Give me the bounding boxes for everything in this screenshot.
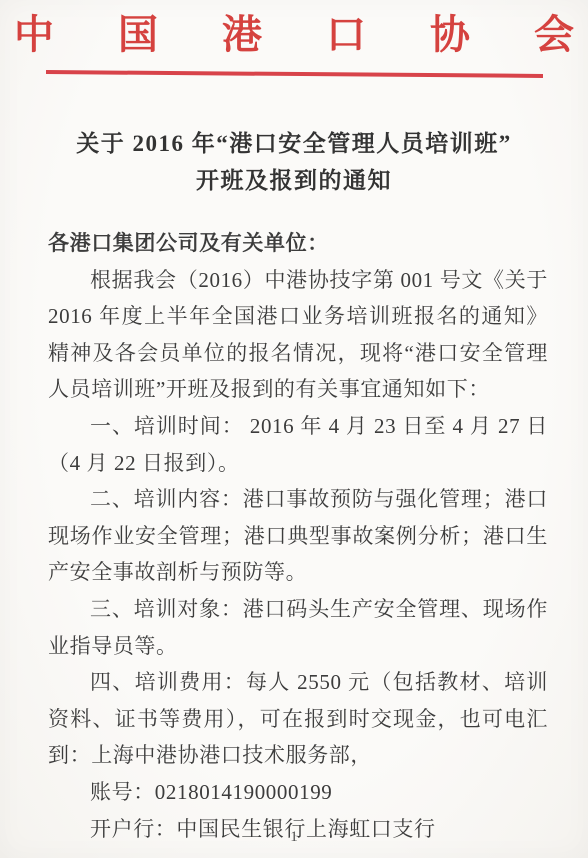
paragraph-intro: 根据我会（2016）中港协技字第 001 号文《关于 2016 年度上半年全国港… [48, 262, 548, 408]
letterhead-red-rule [45, 70, 542, 78]
paragraph-training-time: 一、培训时间： 2016 年 4 月 23 日至 4 月 27 日（4 月 22… [48, 408, 548, 481]
notice-title-line-2: 开班及报到的通知 [0, 162, 588, 199]
paragraph-bank-account-number: 账号：0218014190000199 [48, 774, 548, 811]
notice-body: 各港口集团公司及有关单位： 根据我会（2016）中港协技字第 001 号文《关于… [48, 225, 548, 847]
salutation: 各港口集团公司及有关单位： [48, 225, 548, 262]
scanned-notice-page: 中 国 港 口 协 会 关于 2016 年“港口安全管理人员培训班” 开班及报到… [0, 0, 588, 858]
letterhead-organization-name: 中 国 港 口 协 会 [0, 13, 588, 57]
paragraph-training-content: 二、培训内容：港口事故预防与强化管理；港口现场作业安全管理；港口典型事故案例分析… [48, 481, 548, 591]
notice-title-line-1: 关于 2016 年“港口安全管理人员培训班” [0, 125, 588, 162]
paragraph-training-audience: 三、培训对象：港口码头生产安全管理、现场作业指导员等。 [48, 591, 548, 664]
paragraph-training-fee: 四、培训费用：每人 2550 元（包括教材、培训资料、证书等费用），可在报到时交… [48, 664, 548, 774]
page-number: 1 [0, 829, 588, 846]
notice-title: 关于 2016 年“港口安全管理人员培训班” 开班及报到的通知 [0, 125, 588, 199]
